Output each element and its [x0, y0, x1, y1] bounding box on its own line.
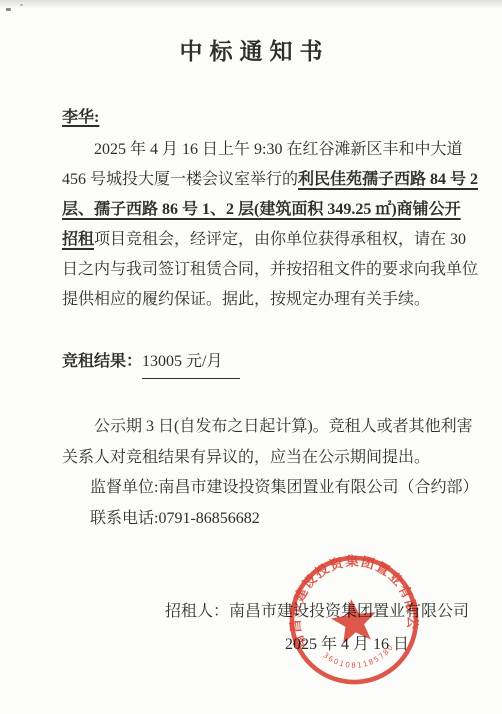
- body-line: 提供相应的履约保证。据此，按规定办理有关手续。: [62, 285, 466, 315]
- lessor-signature: 招租人：南昌市建设投资集团置业有限公司: [165, 598, 469, 621]
- body-text: 项目竞租会，经评定，由你单位获得承租权，请在 30: [94, 231, 466, 248]
- salutation: 李华:: [62, 104, 99, 127]
- notice-line: 关系人对竞租结果有异议的，应当在公示期间提出。: [62, 443, 466, 474]
- project-name-emphasis: 招租: [62, 231, 94, 248]
- project-name-emphasis: 层、孺子西路 86 号 1、2 层(建筑面积 349.25 ㎡)商铺公开: [62, 201, 461, 218]
- lessor-label: 招租人：: [165, 603, 229, 620]
- lessor-name: 南昌市建设投资集团置业有限公司: [229, 603, 469, 620]
- notice-line: 公示期 3 日(自发布之日起计算)。竞租人或者其他利害: [62, 412, 466, 443]
- bid-result-label: 竞租结果：: [62, 353, 142, 370]
- body-line: 2025 年 4 月 16 日上午 9:30 在红谷滩新区丰和中大道: [62, 135, 466, 165]
- body-text: 456 号城投大厦一楼会议室举行的: [62, 171, 298, 188]
- body-line: 招租项目竞租会，经评定，由你单位获得承租权，请在 30: [62, 225, 466, 255]
- body-paragraph: 2025 年 4 月 16 日上午 9:30 在红谷滩新区丰和中大道 456 号…: [62, 135, 466, 315]
- signature-date: 2025 年 4 月 16 日: [285, 631, 409, 654]
- bid-result: 竞租结果：13005 元/月: [62, 347, 240, 379]
- scan-artifact: [6, 8, 11, 11]
- scan-artifact: [20, 4, 23, 6]
- project-name-emphasis: 利民佳苑孺子西路 84 号 2: [298, 171, 478, 188]
- body-line: 日之内与我司签订租赁合同，并按招租文件的要求向我单位: [62, 255, 466, 285]
- notice-paragraph: 公示期 3 日(自发布之日起计算)。竞租人或者其他利害 关系人对竞租结果有异议的…: [62, 412, 466, 534]
- contact-phone-line: 联系电话:0791-86856682: [62, 504, 466, 535]
- body-line: 层、孺子西路 86 号 1、2 层(建筑面积 349.25 ㎡)商铺公开: [62, 195, 466, 225]
- page-title: 中标通知书: [0, 33, 502, 66]
- document-page: 中标通知书 李华: 2025 年 4 月 16 日上午 9:30 在红谷滩新区丰…: [0, 0, 502, 714]
- bid-result-value: 13005 元/月: [142, 347, 240, 379]
- body-line: 456 号城投大厦一楼会议室举行的利民佳苑孺子西路 84 号 2: [62, 165, 466, 195]
- supervisor-line: 监督单位:南昌市建设投资集团置业有限公司（合约部）: [62, 473, 466, 504]
- recipient-name: 李华:: [62, 109, 99, 126]
